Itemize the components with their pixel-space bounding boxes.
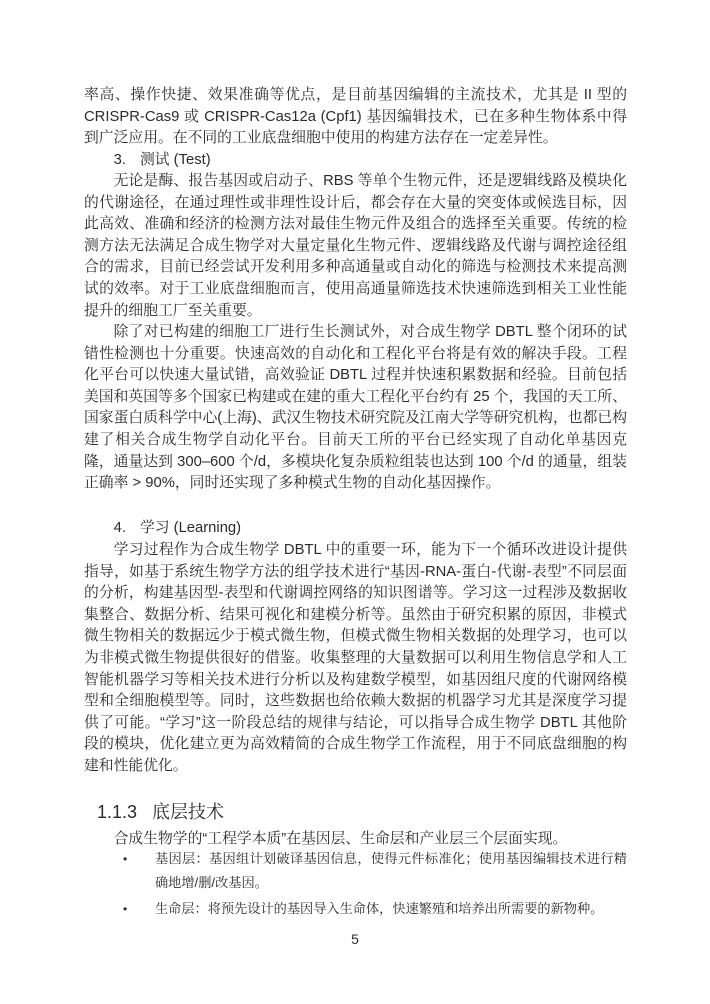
paragraph-test-2: 除了对已构建的细胞工厂进行生长测试外，对合成生物学 DBTL 整个闭环的试错性检… <box>84 322 627 495</box>
paragraph-gene-editing: 率高、操作快捷、效果准确等优点，是目前基因编辑的主流技术，尤其是 II 型的 C… <box>84 85 627 150</box>
item-number: 3. <box>114 152 126 168</box>
section-heading: 1.1.3底层技术 <box>97 799 627 825</box>
item-title: 学习 (Learning) <box>140 520 241 536</box>
paragraph-learning: 学习过程作为合成生物学 DBTL 中的重要一环，能为下一个循环改进设计提供指导，… <box>84 540 627 778</box>
item-number: 4. <box>114 520 126 536</box>
bullet-icon: • <box>123 897 155 921</box>
section-title: 底层技术 <box>152 802 224 822</box>
list-item-life-layer: • 生命层：将预先设计的基因导入生命体，快速繁殖和培养出所需要的新物种。 <box>84 897 627 921</box>
bullet-icon: • <box>123 847 155 895</box>
document-page: 率高、操作快捷、效果准确等优点，是目前基因编辑的主流技术，尤其是 II 型的 C… <box>0 0 710 1004</box>
page-footer: 5 <box>0 929 710 949</box>
bullet-text: 基因层：基因组计划破译基因信息，使得元件标准化；使用基因编辑技术进行精确地增/删… <box>155 847 627 895</box>
numbered-item-learning: 4.学习 (Learning) <box>84 518 657 540</box>
section-number: 1.1.3 <box>97 802 137 822</box>
page-number: 5 <box>351 931 359 947</box>
numbered-item-test: 3.测试 (Test) <box>84 150 657 172</box>
item-title: 测试 (Test) <box>140 152 211 168</box>
paragraph-test-1: 无论是酶、报告基因或启动子、RBS 等单个生物元件，还是逻辑线路及模块化的代谢途… <box>84 171 627 322</box>
bullet-text: 生命层：将预先设计的基因导入生命体，快速繁殖和培养出所需要的新物种。 <box>155 897 627 921</box>
list-item-gene-layer: • 基因层：基因组计划破译基因信息，使得元件标准化；使用基因编辑技术进行精确地增… <box>84 847 627 895</box>
